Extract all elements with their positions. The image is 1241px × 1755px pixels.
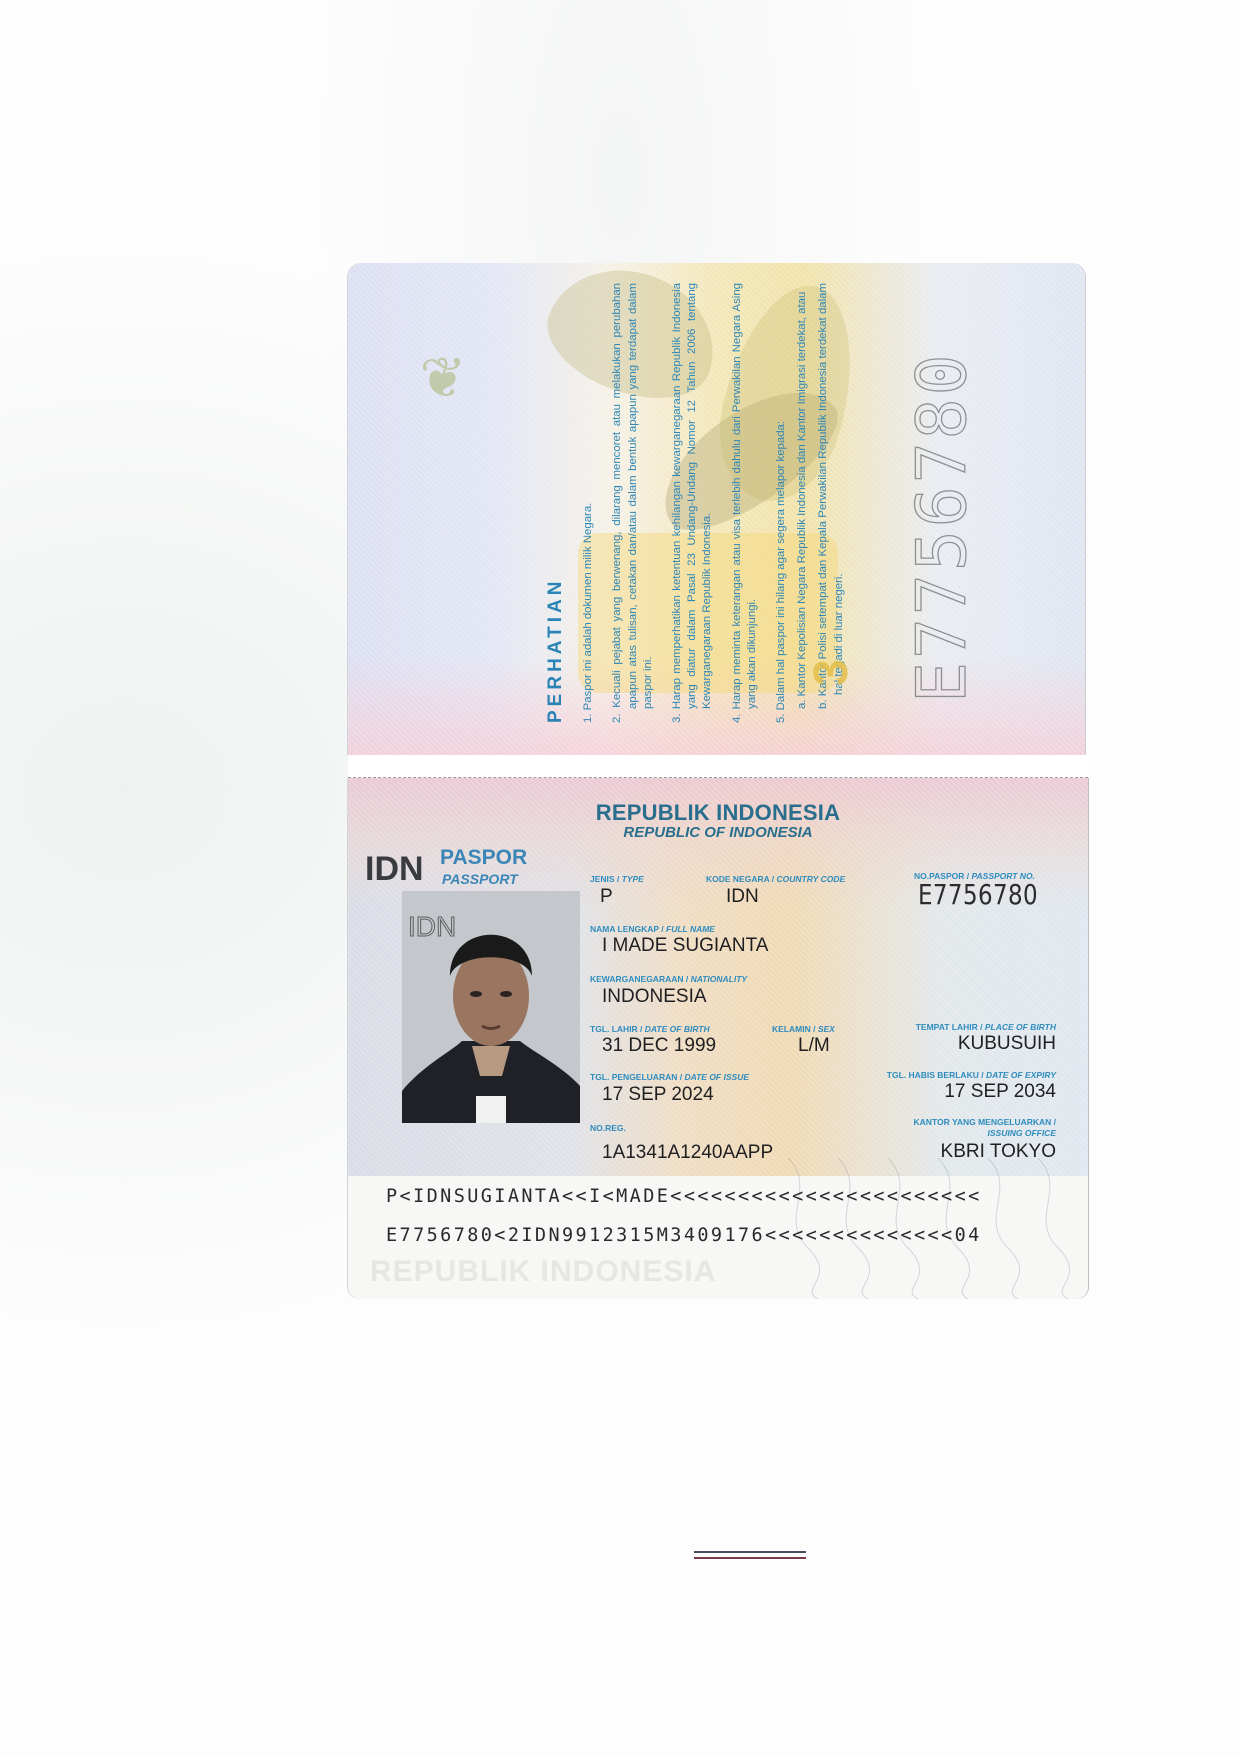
perforated-passport-number: E7756780 bbox=[903, 303, 978, 703]
mrz-line-1: P<IDNSUGIANTA<<I<MADE<<<<<<<<<<<<<<<<<<<… bbox=[386, 1186, 982, 1207]
notice-sub-item: b. Kantor Polisi setempat dan Kepala Per… bbox=[816, 283, 846, 723]
doc-title-en: PASSPORT bbox=[442, 871, 518, 887]
nationality-value: INDONESIA bbox=[602, 986, 707, 1008]
sex-label: KELAMIN / SEX bbox=[772, 1024, 835, 1034]
type-value: P bbox=[600, 886, 613, 908]
country-code-label: KODE NEGARA / COUNTRY CODE bbox=[706, 874, 845, 884]
dob-value: 31 DEC 1999 bbox=[602, 1035, 716, 1057]
nationality-label: KEWARGANEGARAAN / NATIONALITY bbox=[590, 974, 747, 984]
notice-item: 2. Kecuali pejabat yang berwenang, dilar… bbox=[610, 283, 656, 723]
notice-item: 5. Dalam hal paspor ini hilang agar sege… bbox=[774, 283, 789, 723]
issue-date-value: 17 SEP 2024 bbox=[602, 1084, 714, 1106]
notice-item: 4. Harap meminta keterangan atau visa te… bbox=[730, 283, 760, 723]
spine-stitch bbox=[694, 1551, 806, 1559]
photo-overlay-mark: IDN bbox=[408, 911, 456, 943]
type-label: JENIS / TYPE bbox=[590, 874, 644, 884]
expiry-date-value: 17 SEP 2034 bbox=[944, 1081, 1056, 1103]
notice-sub-item: a. Kantor Kepolisian Negara Republik Ind… bbox=[795, 283, 810, 723]
country-header-en: REPUBLIC OF INDONESIA bbox=[348, 824, 1088, 841]
full-name-value: I MADE SUGIANTA bbox=[602, 935, 768, 957]
reg-no-label: NO.REG. bbox=[590, 1123, 626, 1133]
place-of-birth-value: KUBUSUIH bbox=[958, 1033, 1056, 1055]
issue-date-label: TGL. PENGELUARAN / DATE OF ISSUE bbox=[590, 1072, 749, 1082]
page-number: 3 bbox=[804, 659, 859, 686]
country-header: REPUBLIK INDONESIA bbox=[348, 800, 1088, 826]
sex-value: L/M bbox=[798, 1035, 830, 1057]
full-name-label: NAMA LENGKAP / FULL NAME bbox=[590, 924, 715, 934]
country-mark: IDN bbox=[365, 850, 424, 889]
country-code-value: IDN bbox=[726, 886, 759, 908]
data-page: REPUBLIK INDONESIA REPUBLIC OF INDONESIA… bbox=[348, 778, 1088, 1299]
place-of-birth-label: TEMPAT LAHIR / PLACE OF BIRTH bbox=[916, 1022, 1056, 1032]
issuing-office-value: KBRI TOKYO bbox=[941, 1141, 1056, 1163]
country-watermark: REPUBLIK INDONESIA bbox=[370, 1255, 716, 1289]
issuing-office-label: KANTOR YANG MENGELUARKAN / ISSUING OFFIC… bbox=[856, 1117, 1056, 1139]
notice-page: ❦ PERHATIAN 1. Paspor ini adalah dokumen… bbox=[348, 263, 1085, 755]
notice-title: PERHATIAN bbox=[548, 283, 563, 723]
holder-photo: IDN bbox=[402, 891, 580, 1123]
doc-title: PASPOR bbox=[440, 846, 527, 870]
reg-no-value: 1A1341A1240AAPP bbox=[602, 1142, 773, 1164]
notice-item: 1. Paspor ini adalah dokumen milik Negar… bbox=[581, 283, 596, 723]
expiry-date-label: TGL. HABIS BERLAKU / DATE OF EXPIRY bbox=[887, 1070, 1056, 1080]
dob-label: TGL. LAHIR / DATE OF BIRTH bbox=[590, 1024, 710, 1034]
notice-item: 3. Harap memperhatikan ketentuan kehilan… bbox=[670, 283, 716, 723]
mrz-line-2: E7756780<2IDN9912315M3409176<<<<<<<<<<<<… bbox=[386, 1225, 982, 1246]
passport-no-value: E7756780 bbox=[918, 878, 1038, 911]
passport-document: ❦ PERHATIAN 1. Paspor ini adalah dokumen… bbox=[348, 263, 1088, 1299]
page-fold bbox=[348, 755, 1088, 778]
garuda-emblem-icon: ❦ bbox=[408, 343, 478, 413]
